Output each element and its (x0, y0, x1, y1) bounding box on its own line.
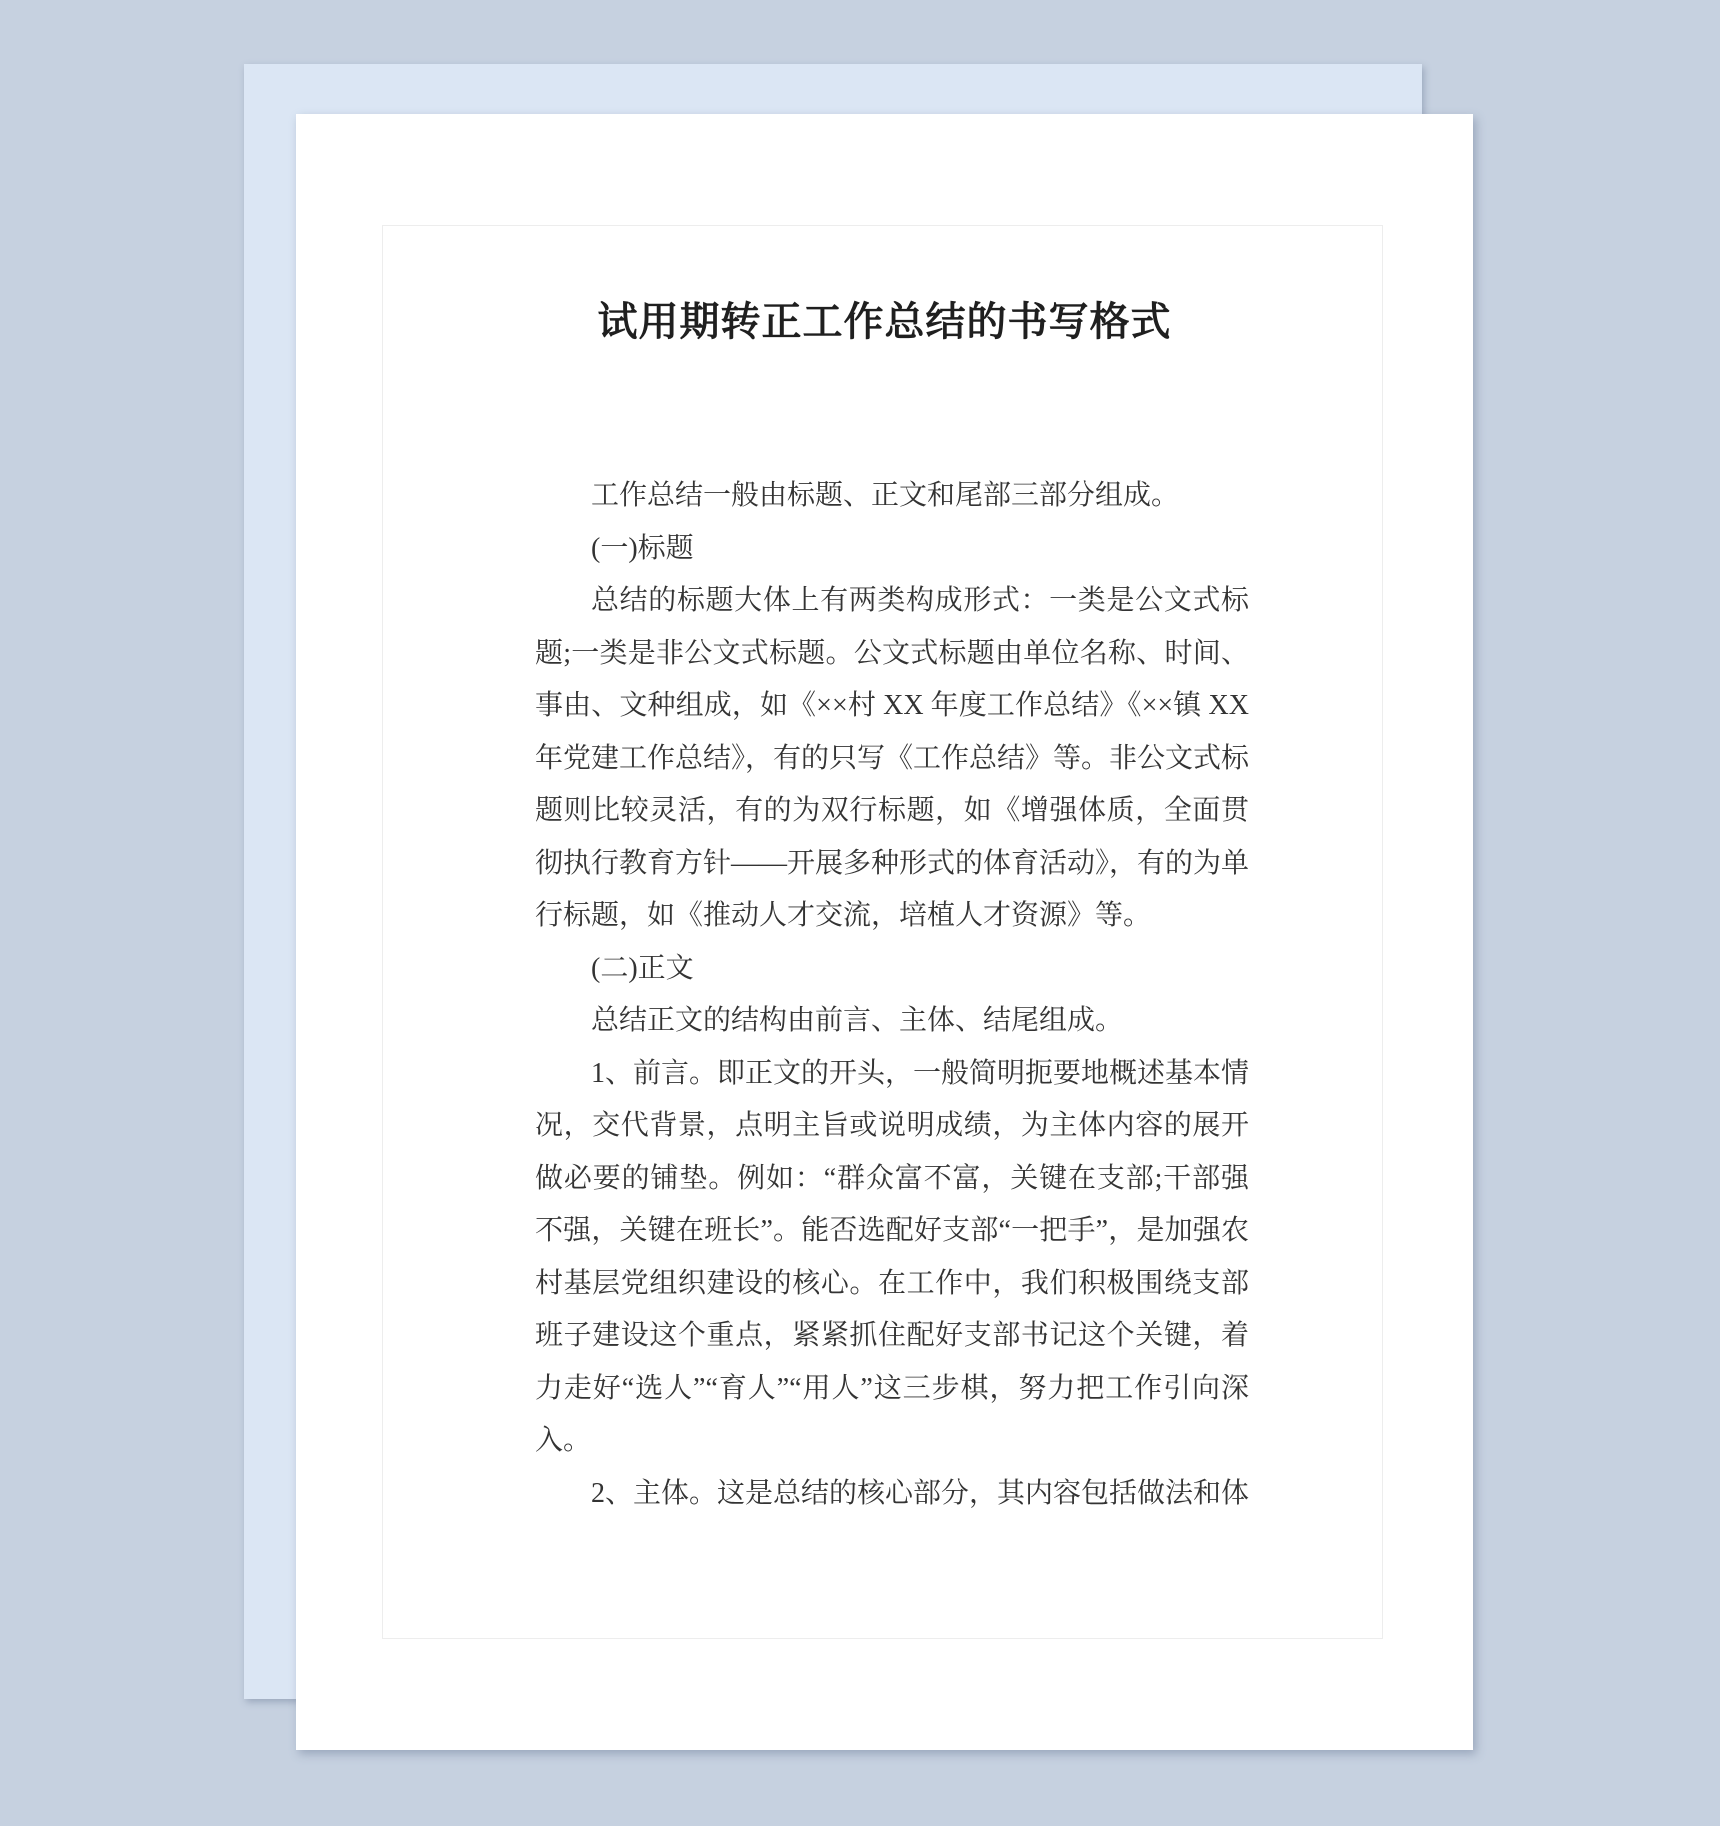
paragraph-foreword: 1、前言。即正文的开头，一般简明扼要地概述基本情况，交代背景，点明主旨或说明成绩… (535, 1048, 1249, 1468)
paragraph-intro: 工作总结一般由标题、正文和尾部三部分组成。 (535, 470, 1249, 523)
workspace-background: 试用期转正工作总结的书写格式 工作总结一般由标题、正文和尾部三部分组成。 (一)… (0, 0, 1720, 1826)
document-body: 工作总结一般由标题、正文和尾部三部分组成。 (一)标题 总结的标题大体上有两类构… (535, 470, 1249, 1520)
paragraph-structure: 总结正文的结构由前言、主体、结尾组成。 (535, 995, 1249, 1048)
document-title: 试用期转正工作总结的书写格式 (296, 294, 1473, 350)
paragraph-main-body: 2、主体。这是总结的核心部分，其内容包括做法和体 (535, 1468, 1249, 1521)
paragraph-heading-title-section: (一)标题 (535, 523, 1249, 576)
document-page: 试用期转正工作总结的书写格式 工作总结一般由标题、正文和尾部三部分组成。 (一)… (296, 114, 1473, 1750)
paragraph-heading-main-text-section: (二)正文 (535, 943, 1249, 996)
paragraph-title-explanation: 总结的标题大体上有两类构成形式：一类是公文式标题;一类是非公文式标题。公文式标题… (535, 575, 1249, 943)
